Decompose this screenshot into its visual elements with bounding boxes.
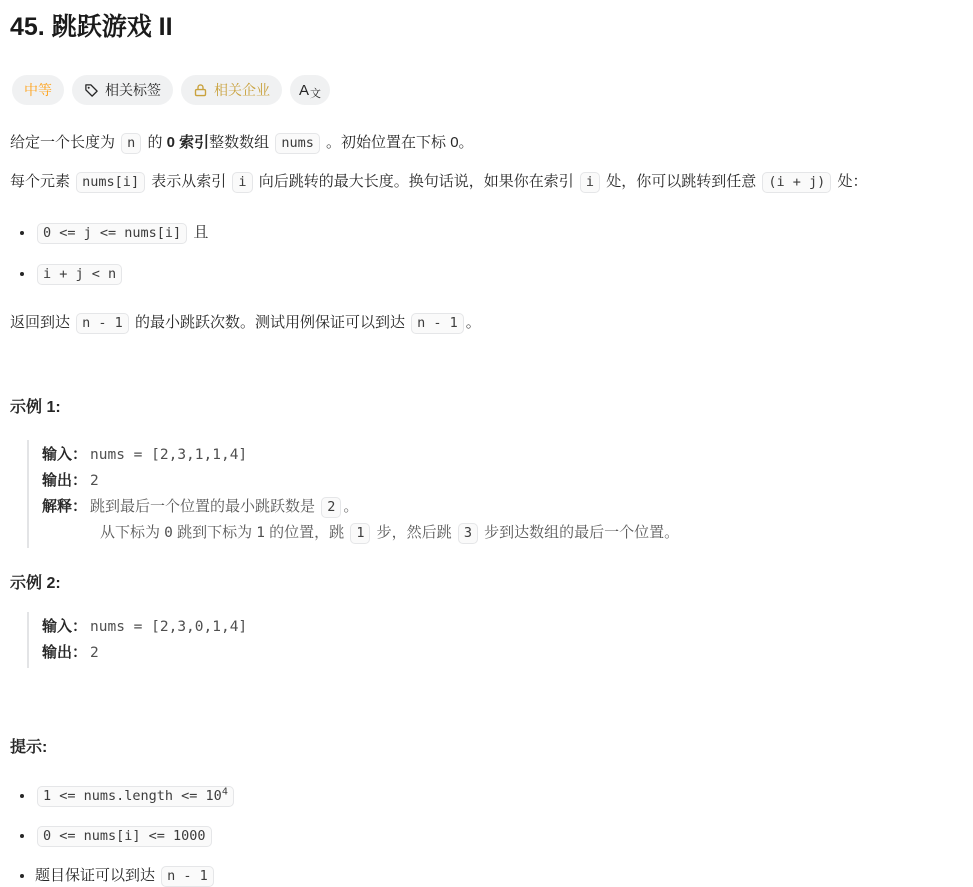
jump-rule-item-2: i + j < n xyxy=(35,262,961,286)
jump-rule-item-1: 0 <= j <= nums[i] 且 xyxy=(35,221,961,245)
badge-row: 中等 相关标签 相关企业 A文 xyxy=(12,75,961,105)
related-companies-button[interactable]: 相关企业 xyxy=(181,75,282,105)
translate-toggle-button[interactable]: A文 xyxy=(290,75,330,105)
input-value: nums = [2,3,1,1,4] xyxy=(90,446,247,463)
statement-paragraph-1: 给定一个长度为 n 的 0 索引整数数组 nums 。初始位置在下标 0。 xyxy=(10,132,961,154)
example-1-block: 输入：nums = [2,3,1,1,4] 输出：2 解释：跳到最后一个位置的最… xyxy=(27,440,961,548)
problem-description-panel: 45. 跳跃游戏 II 中等 相关标签 相关企业 A xyxy=(0,0,973,887)
related-tags-label: 相关标签 xyxy=(105,80,161,100)
example-1-output-line: 输出：2 xyxy=(42,468,961,494)
example-2-block: 输入：nums = [2,3,0,1,4] 输出：2 xyxy=(27,612,961,668)
constraint-item-1: 1 <= nums.length <= 104 xyxy=(35,784,961,808)
related-companies-label: 相关企业 xyxy=(214,80,270,100)
page-title: 45. 跳跃游戏 II xyxy=(10,12,961,43)
input-label: 输入： xyxy=(42,618,87,635)
example-1-explanation-continuation: 从下标为 0 跳到下标为 1 的位置，跳 1 步，然后跳 3 步到达数组的最后一… xyxy=(42,520,961,546)
output-label: 输出： xyxy=(42,472,87,489)
example-1-heading: 示例 1: xyxy=(10,398,961,418)
jump-rules-list: 0 <= j <= nums[i] 且 i + j < n xyxy=(10,221,961,286)
output-value: 2 xyxy=(90,644,99,661)
example-2-heading: 示例 2: xyxy=(10,574,961,594)
example-1-input-line: 输入：nums = [2,3,1,1,4] xyxy=(42,442,961,468)
input-label: 输入： xyxy=(42,446,87,463)
translate-icon: A文 xyxy=(299,82,321,99)
example-2-input-line: 输入：nums = [2,3,0,1,4] xyxy=(42,614,961,640)
constraints-heading: 提示: xyxy=(10,738,961,758)
constraints-list: 1 <= nums.length <= 104 0 <= nums[i] <= … xyxy=(10,784,961,887)
explanation-text: 跳到最后一个位置的最小跳跃数是 2。 xyxy=(90,498,358,515)
explanation-text-2: 从下标为 0 跳到下标为 1 的位置，跳 1 步，然后跳 3 步到达数组的最后一… xyxy=(100,524,679,541)
statement-paragraph-2: 每个元素 nums[i] 表示从索引 i 向后跳转的最大长度。换句话说，如果你在… xyxy=(10,171,961,193)
output-label: 输出： xyxy=(42,644,87,661)
difficulty-badge[interactable]: 中等 xyxy=(12,75,64,105)
constraint-item-3: 题目保证可以到达 n - 1 xyxy=(35,864,961,887)
statement-paragraph-3: 返回到达 n - 1 的最小跳跃次数。测试用例保证可以到达 n - 1。 xyxy=(10,312,961,334)
output-value: 2 xyxy=(90,472,99,489)
example-2-output-line: 输出：2 xyxy=(42,640,961,666)
example-1-explanation-line: 解释：跳到最后一个位置的最小跳跃数是 2。 xyxy=(42,494,961,520)
tag-icon xyxy=(84,83,99,98)
lock-icon xyxy=(193,83,208,98)
related-tags-button[interactable]: 相关标签 xyxy=(72,75,173,105)
explanation-label: 解释： xyxy=(42,498,87,515)
constraint-item-2: 0 <= nums[i] <= 1000 xyxy=(35,824,961,848)
input-value: nums = [2,3,0,1,4] xyxy=(90,618,247,635)
difficulty-label: 中等 xyxy=(24,80,52,100)
